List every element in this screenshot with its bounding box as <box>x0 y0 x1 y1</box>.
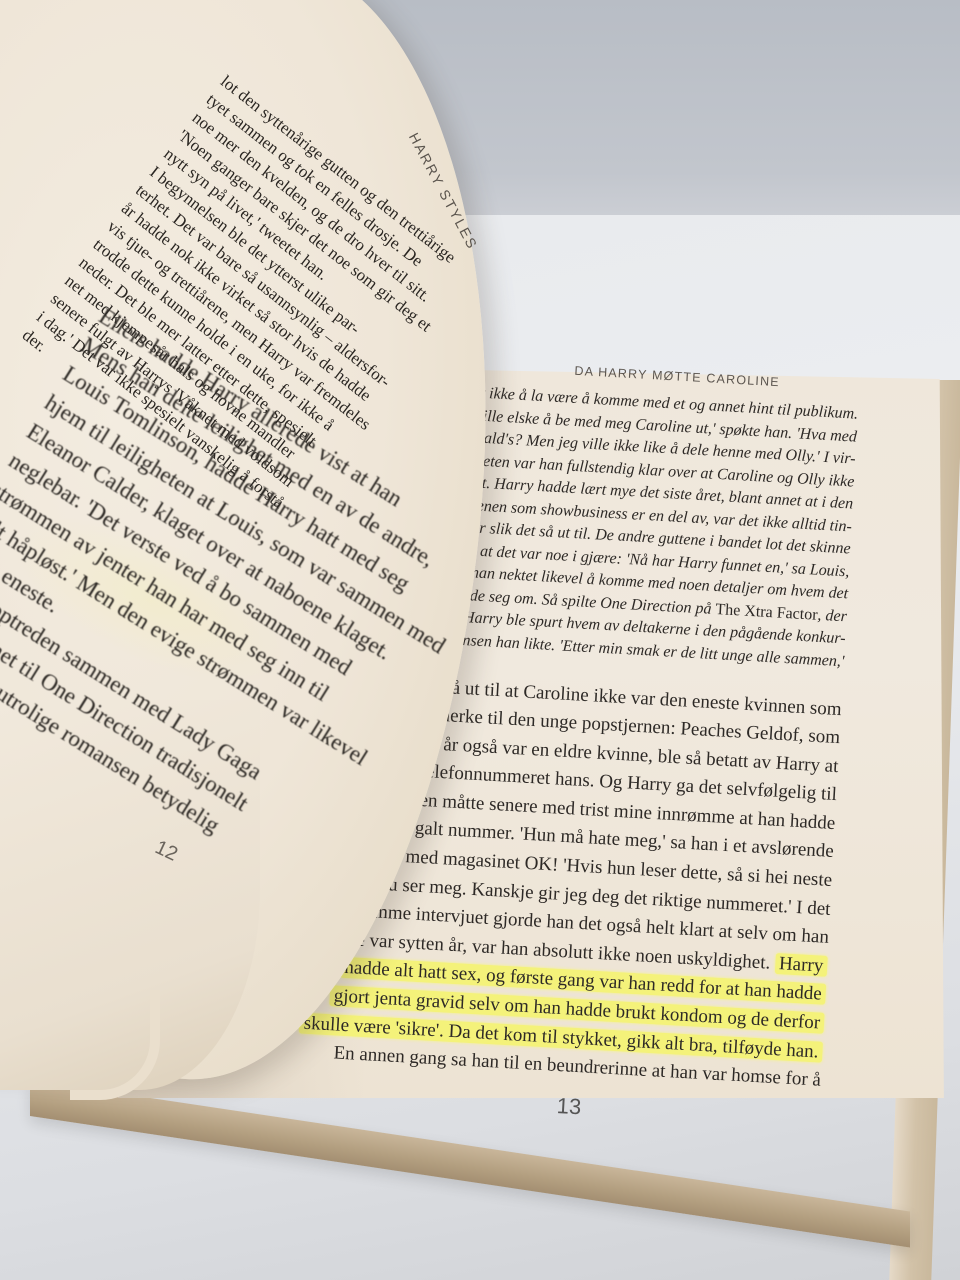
highlighted-text: Harry <box>774 953 827 977</box>
show-title: The Xtra Factor <box>715 601 818 624</box>
text-fragment: , der <box>817 606 847 625</box>
